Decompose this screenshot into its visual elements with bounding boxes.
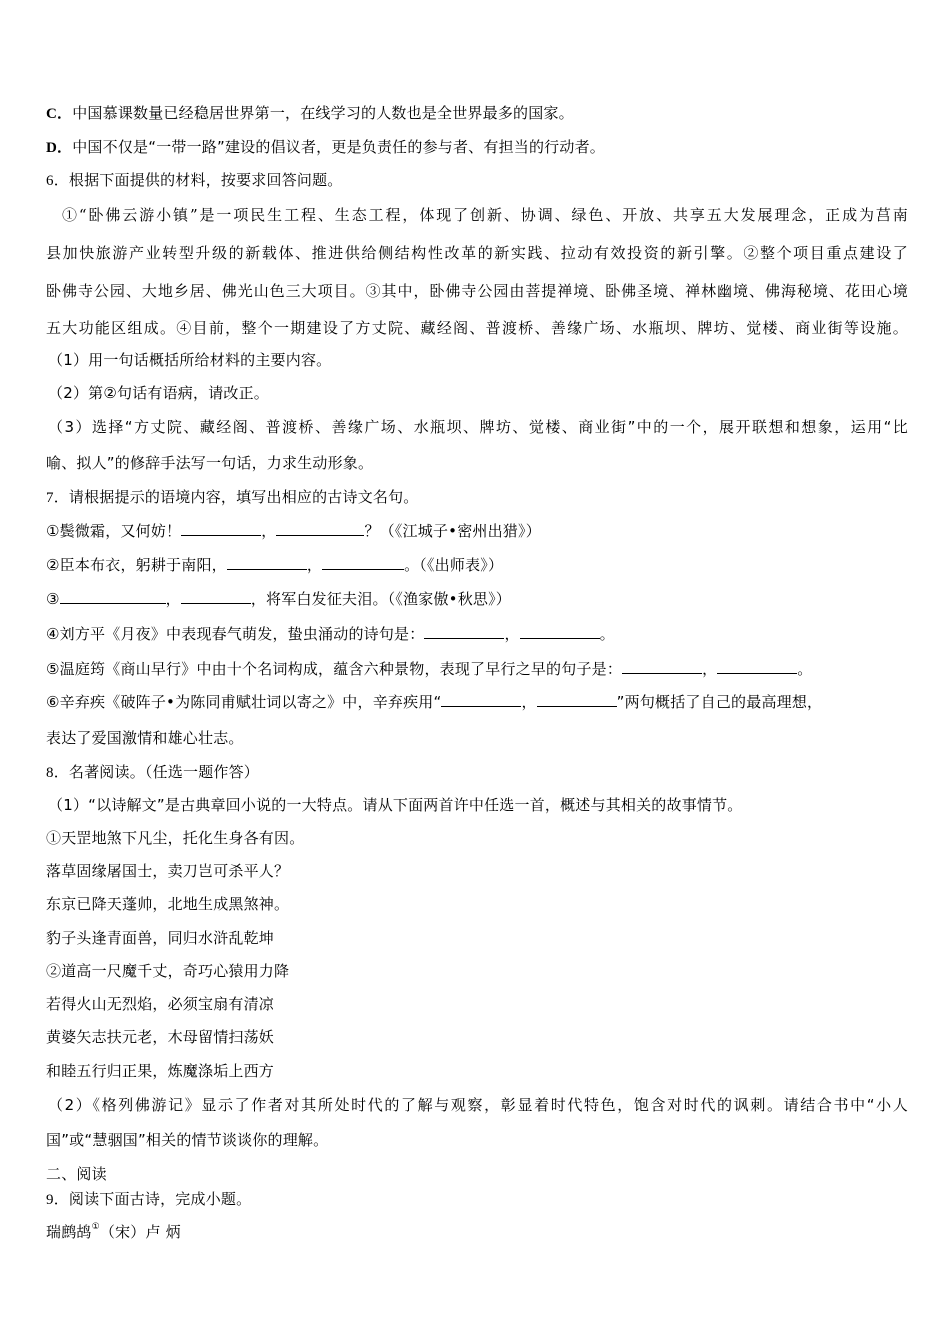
question-6-sub-3-line-2: 喻、拟人”的修辞手法写一句话，力求生动形象。 [46, 453, 908, 473]
material-line-1: ①“卧佛云游小镇”是一项民生工程、生态工程，体现了创新、协调、绿色、开放、共享五… [62, 205, 908, 225]
q7-item-3-suffix: ，将军白发征夫泪。（《渔家傲•秋思》） [251, 590, 511, 608]
separator: ， [702, 660, 717, 678]
question-number: 7． [46, 490, 69, 506]
q7-item-1-suffix: ？（《江城子•密州出猎》） [364, 522, 540, 540]
poem-line-2: 落草固缘屠国士，卖刀岂可杀平人？ [46, 861, 908, 881]
answer-blank[interactable] [717, 659, 797, 674]
q7-item-5: ⑤温庭筠《商山早行》中由十个名词构成，蕴含六种景物，表现了早行之早的句子是：，。 [46, 659, 908, 679]
answer-blank[interactable] [60, 589, 166, 604]
option-d-text: 中国不仅是“一带一路”建设的倡议者，更是负责任的参与者、有担当的行动者。 [72, 138, 605, 156]
q7-item-3: ③，，将军白发征夫泪。（《渔家傲•秋思》） [46, 589, 908, 609]
question-prompt: 阅读下面古诗，完成小题。 [69, 1190, 251, 1208]
q7-item-4-suffix: 。 [600, 625, 615, 643]
answer-blank[interactable] [520, 624, 600, 639]
answer-blank[interactable] [424, 624, 504, 639]
question-6-sub-3-line-1: （3）选择“方丈院、藏经阁、普渡桥、善缘广场、水瓶坝、牌坊、觉楼、商业街”中的一… [48, 417, 908, 437]
poem-line-1: ①天罡地煞下凡尘，托化生身各有因。 [46, 828, 908, 848]
q7-item-2-prefix: ②臣本布衣，躬耕于南阳， [46, 556, 227, 574]
answer-blank[interactable] [441, 692, 521, 707]
question-8-sub-1: （1）“以诗解文”是古典章回小说的一大特点。请从下面两首许中任选一首，概述与其相… [48, 795, 910, 815]
poem-line-6: 若得火山无烈焰，必须宝扇有清凉 [46, 994, 908, 1014]
q7-item-6-suffix: ”两句概括了自己的最高理想， [617, 693, 823, 711]
poem-line-7: 黄婆矢志扶元老，木母留情扫荡妖 [46, 1027, 908, 1047]
question-8-heading: 8．名著阅读。（任选一题作答） [46, 762, 908, 783]
q7-item-5-prefix: ⑤温庭筠《商山早行》中由十个名词构成，蕴含六种景物，表现了早行之早的句子是： [46, 660, 622, 678]
question-6-sub-2: （2）第②句话有语病，请改正。 [48, 383, 910, 403]
separator: ， [261, 522, 276, 540]
answer-blank[interactable] [537, 692, 617, 707]
answer-blank[interactable] [181, 589, 251, 604]
separator: ， [521, 693, 536, 711]
poem-title-line: 瑞鹧鸪①（宋）卢 炳 [46, 1222, 908, 1242]
q7-item-2-suffix: 。（《出师表》） [404, 556, 503, 574]
q7-item-5-suffix: 。 [797, 660, 812, 678]
material-line-4: 五大功能区组成。④目前，整个一期建设了方丈院、藏经阁、普渡桥、善缘广场、水瓶坝、… [46, 318, 908, 338]
option-c: C．中国慕课数量已经稳居世界第一，在线学习的人数也是全世界最多的国家。 [46, 103, 908, 124]
material-line-3: 卧佛寺公园、大地乡居、佛光山色三大项目。③其中，卧佛寺公园由菩提禅境、卧佛圣境、… [46, 281, 908, 301]
option-d: D．中国不仅是“一带一路”建设的倡议者，更是负责任的参与者、有担当的行动者。 [46, 137, 908, 158]
poem-title: 瑞鹧鸪 [46, 1223, 92, 1241]
question-6-sub-1: （1）用一句话概括所给材料的主要内容。 [48, 350, 910, 370]
answer-blank[interactable] [276, 521, 364, 536]
poem-line-3: 东京已降天蓬帅，北地生成黑煞神。 [46, 894, 908, 914]
q7-item-1-prefix: ①鬓微霜，又何妨！ [46, 522, 181, 540]
separator: ， [307, 556, 322, 574]
answer-blank[interactable] [622, 659, 702, 674]
footnote-marker: ① [92, 1222, 100, 1232]
q7-item-4: ④刘方平《月夜》中表现春气萌发，蛰虫涌动的诗句是：，。 [46, 624, 908, 644]
question-number: 6． [46, 173, 69, 189]
q7-item-6-prefix: ⑥辛弃疾《破阵子•为陈同甫赋壮词以寄之》中，辛弃疾用“ [46, 693, 441, 711]
separator: ， [504, 625, 519, 643]
question-9-heading: 9．阅读下面古诗，完成小题。 [46, 1189, 908, 1210]
q7-item-6-continuation: 表达了爱国激情和雄心壮志。 [46, 728, 908, 748]
q7-item-4-prefix: ④刘方平《月夜》中表现春气萌发，蛰虫涌动的诗句是： [46, 625, 424, 643]
question-8-sub-2-line-1: （2）《格列佛游记》显示了作者对其所处时代的了解与观察，彰显着时代特色，饱含对时… [48, 1095, 908, 1115]
question-prompt: 根据下面提供的材料，按要求回答问题。 [69, 171, 343, 189]
poem-line-4: 豹子头逢青面兽，同归水浒乱乾坤 [46, 928, 908, 948]
section-heading-reading: 二、阅读 [46, 1164, 908, 1184]
q7-item-1: ①鬓微霜，又何妨！，？（《江城子•密州出猎》） [46, 521, 908, 541]
separator: ， [166, 590, 181, 608]
option-d-label: D． [46, 140, 72, 156]
q7-item-6: ⑥辛弃疾《破阵子•为陈同甫赋壮词以寄之》中，辛弃疾用“，”两句概括了自己的最高理… [46, 692, 908, 712]
question-6-heading: 6．根据下面提供的材料，按要求回答问题。 [46, 170, 908, 191]
material-line-2: 县加快旅游产业转型升级的新载体、推进供给侧结构性改革的新实践、拉动有效投资的新引… [46, 243, 908, 263]
option-c-text: 中国慕课数量已经稳居世界第一，在线学习的人数也是全世界最多的国家。 [72, 104, 574, 122]
question-number: 8． [46, 765, 69, 781]
answer-blank[interactable] [227, 555, 307, 570]
document-page: C．中国慕课数量已经稳居世界第一，在线学习的人数也是全世界最多的国家。 D．中国… [0, 0, 950, 1344]
question-number: 9． [46, 1192, 69, 1208]
q7-item-3-prefix: ③ [46, 590, 60, 608]
answer-blank[interactable] [322, 555, 404, 570]
q7-item-2: ②臣本布衣，躬耕于南阳，，。（《出师表》） [46, 555, 908, 575]
question-prompt: 名著阅读。（任选一题作答） [69, 763, 259, 781]
poem-line-8: 和睦五行归正果，炼魔涤垢上西方 [46, 1061, 908, 1081]
poem-author: （宋）卢 炳 [100, 1223, 181, 1241]
answer-blank[interactable] [181, 521, 261, 536]
question-7-heading: 7．请根据提示的语境内容，填写出相应的古诗文名句。 [46, 487, 908, 508]
poem-line-5: ②道高一尺魔千丈，奇巧心猿用力降 [46, 961, 908, 981]
option-c-label: C． [46, 106, 72, 122]
question-prompt: 请根据提示的语境内容，填写出相应的古诗文名句。 [69, 488, 419, 506]
question-8-sub-2-line-2: 国”或“慧骃国”相关的情节谈谈你的理解。 [46, 1130, 908, 1150]
